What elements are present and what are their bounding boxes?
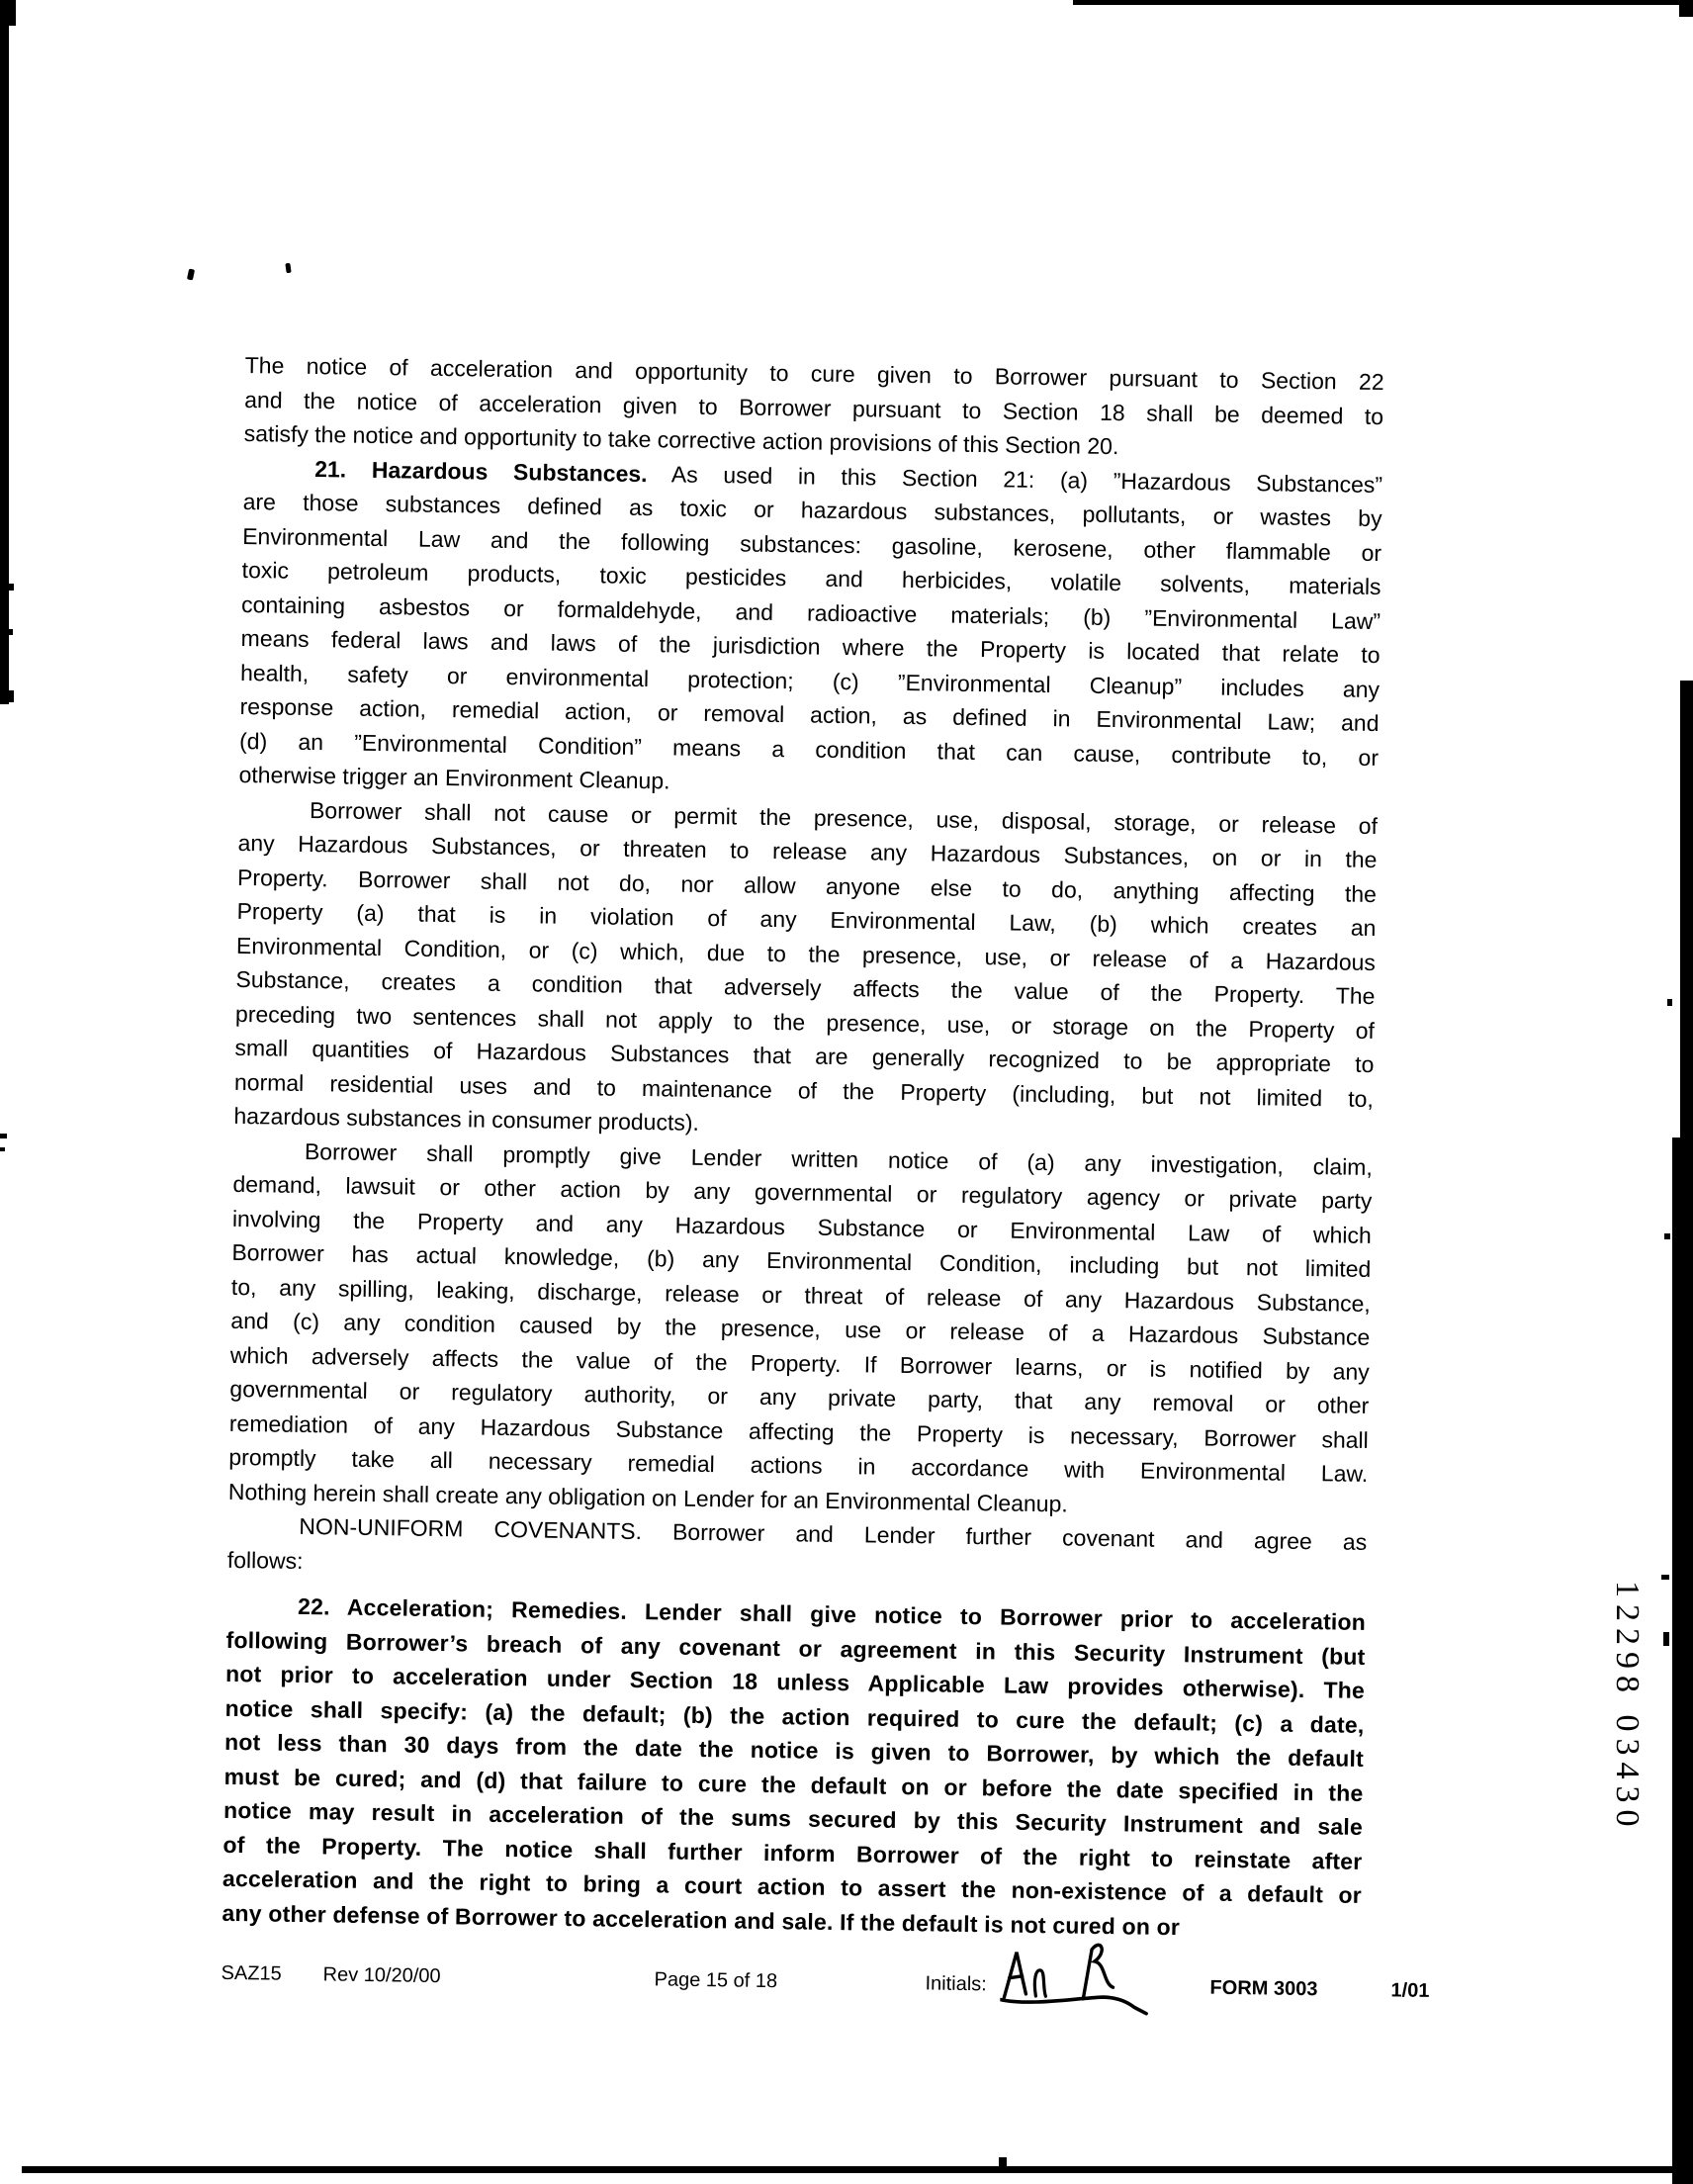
scan-artifact-right-speck bbox=[1661, 1575, 1669, 1580]
recording-stamp-number: 12298 03430 bbox=[1608, 1581, 1646, 1834]
scan-artifact-top-line bbox=[1073, 0, 1693, 5]
form-number: FORM 3003 bbox=[1209, 1977, 1317, 2002]
scan-artifact-right-speck bbox=[1667, 999, 1672, 1006]
scan-artifact-right-speck bbox=[1663, 1632, 1669, 1646]
paragraph: 22. Acceleration; Remedies. Lender shall… bbox=[222, 1589, 1366, 1947]
scan-artifact-left-speck bbox=[8, 629, 13, 635]
text-block: The notice of acceleration and opportuni… bbox=[222, 348, 1384, 1947]
scan-artifact-left-speck bbox=[0, 1134, 7, 1138]
scan-artifact-right-bar-upper bbox=[1680, 681, 1693, 1145]
section-heading: 21. Hazardous Substances. bbox=[314, 456, 648, 487]
scan-artifact-left-bar bbox=[0, 0, 9, 704]
form-code: SAZ15 bbox=[221, 1962, 281, 1986]
page-footer: SAZ15 Rev 10/20/00 Page 15 of 18 Initial… bbox=[221, 1962, 1371, 2039]
scan-artifact-stray-mark bbox=[285, 263, 291, 274]
page-indicator: Page 15 of 18 bbox=[654, 1968, 777, 1993]
paragraph: The notice of acceleration and opportuni… bbox=[243, 348, 1383, 468]
initials-label: Initials: bbox=[925, 1972, 987, 1996]
scan-artifact-left-speck bbox=[6, 690, 14, 702]
scan-artifact-bottom-line bbox=[22, 2166, 1693, 2173]
paragraph: 21. Hazardous Substances. As used in thi… bbox=[238, 450, 1382, 808]
scan-artifact-right-bar-lower bbox=[1672, 1137, 1693, 2184]
scan-artifact-top-right-nub bbox=[1679, 0, 1693, 17]
paragraph: Borrower shall promptly give Lender writ… bbox=[228, 1133, 1374, 1525]
scan-artifact-left-speck bbox=[0, 1147, 5, 1151]
paragraph: Borrower shall not cause or permit the p… bbox=[233, 791, 1378, 1149]
scan-artifact-left-speck bbox=[8, 584, 14, 591]
scan-artifact-speck bbox=[999, 2157, 1007, 2166]
form-version: 1/01 bbox=[1390, 1979, 1429, 2003]
scan-artifact-stray-mark bbox=[187, 268, 195, 280]
revision-date: Rev 10/20/00 bbox=[322, 1963, 440, 1988]
scanned-document-page: { "document": { "paragraphs": [ { "inden… bbox=[0, 0, 1693, 2184]
initials-signature bbox=[1000, 1935, 1159, 2028]
scan-artifact-right-speck bbox=[1664, 1233, 1670, 1239]
